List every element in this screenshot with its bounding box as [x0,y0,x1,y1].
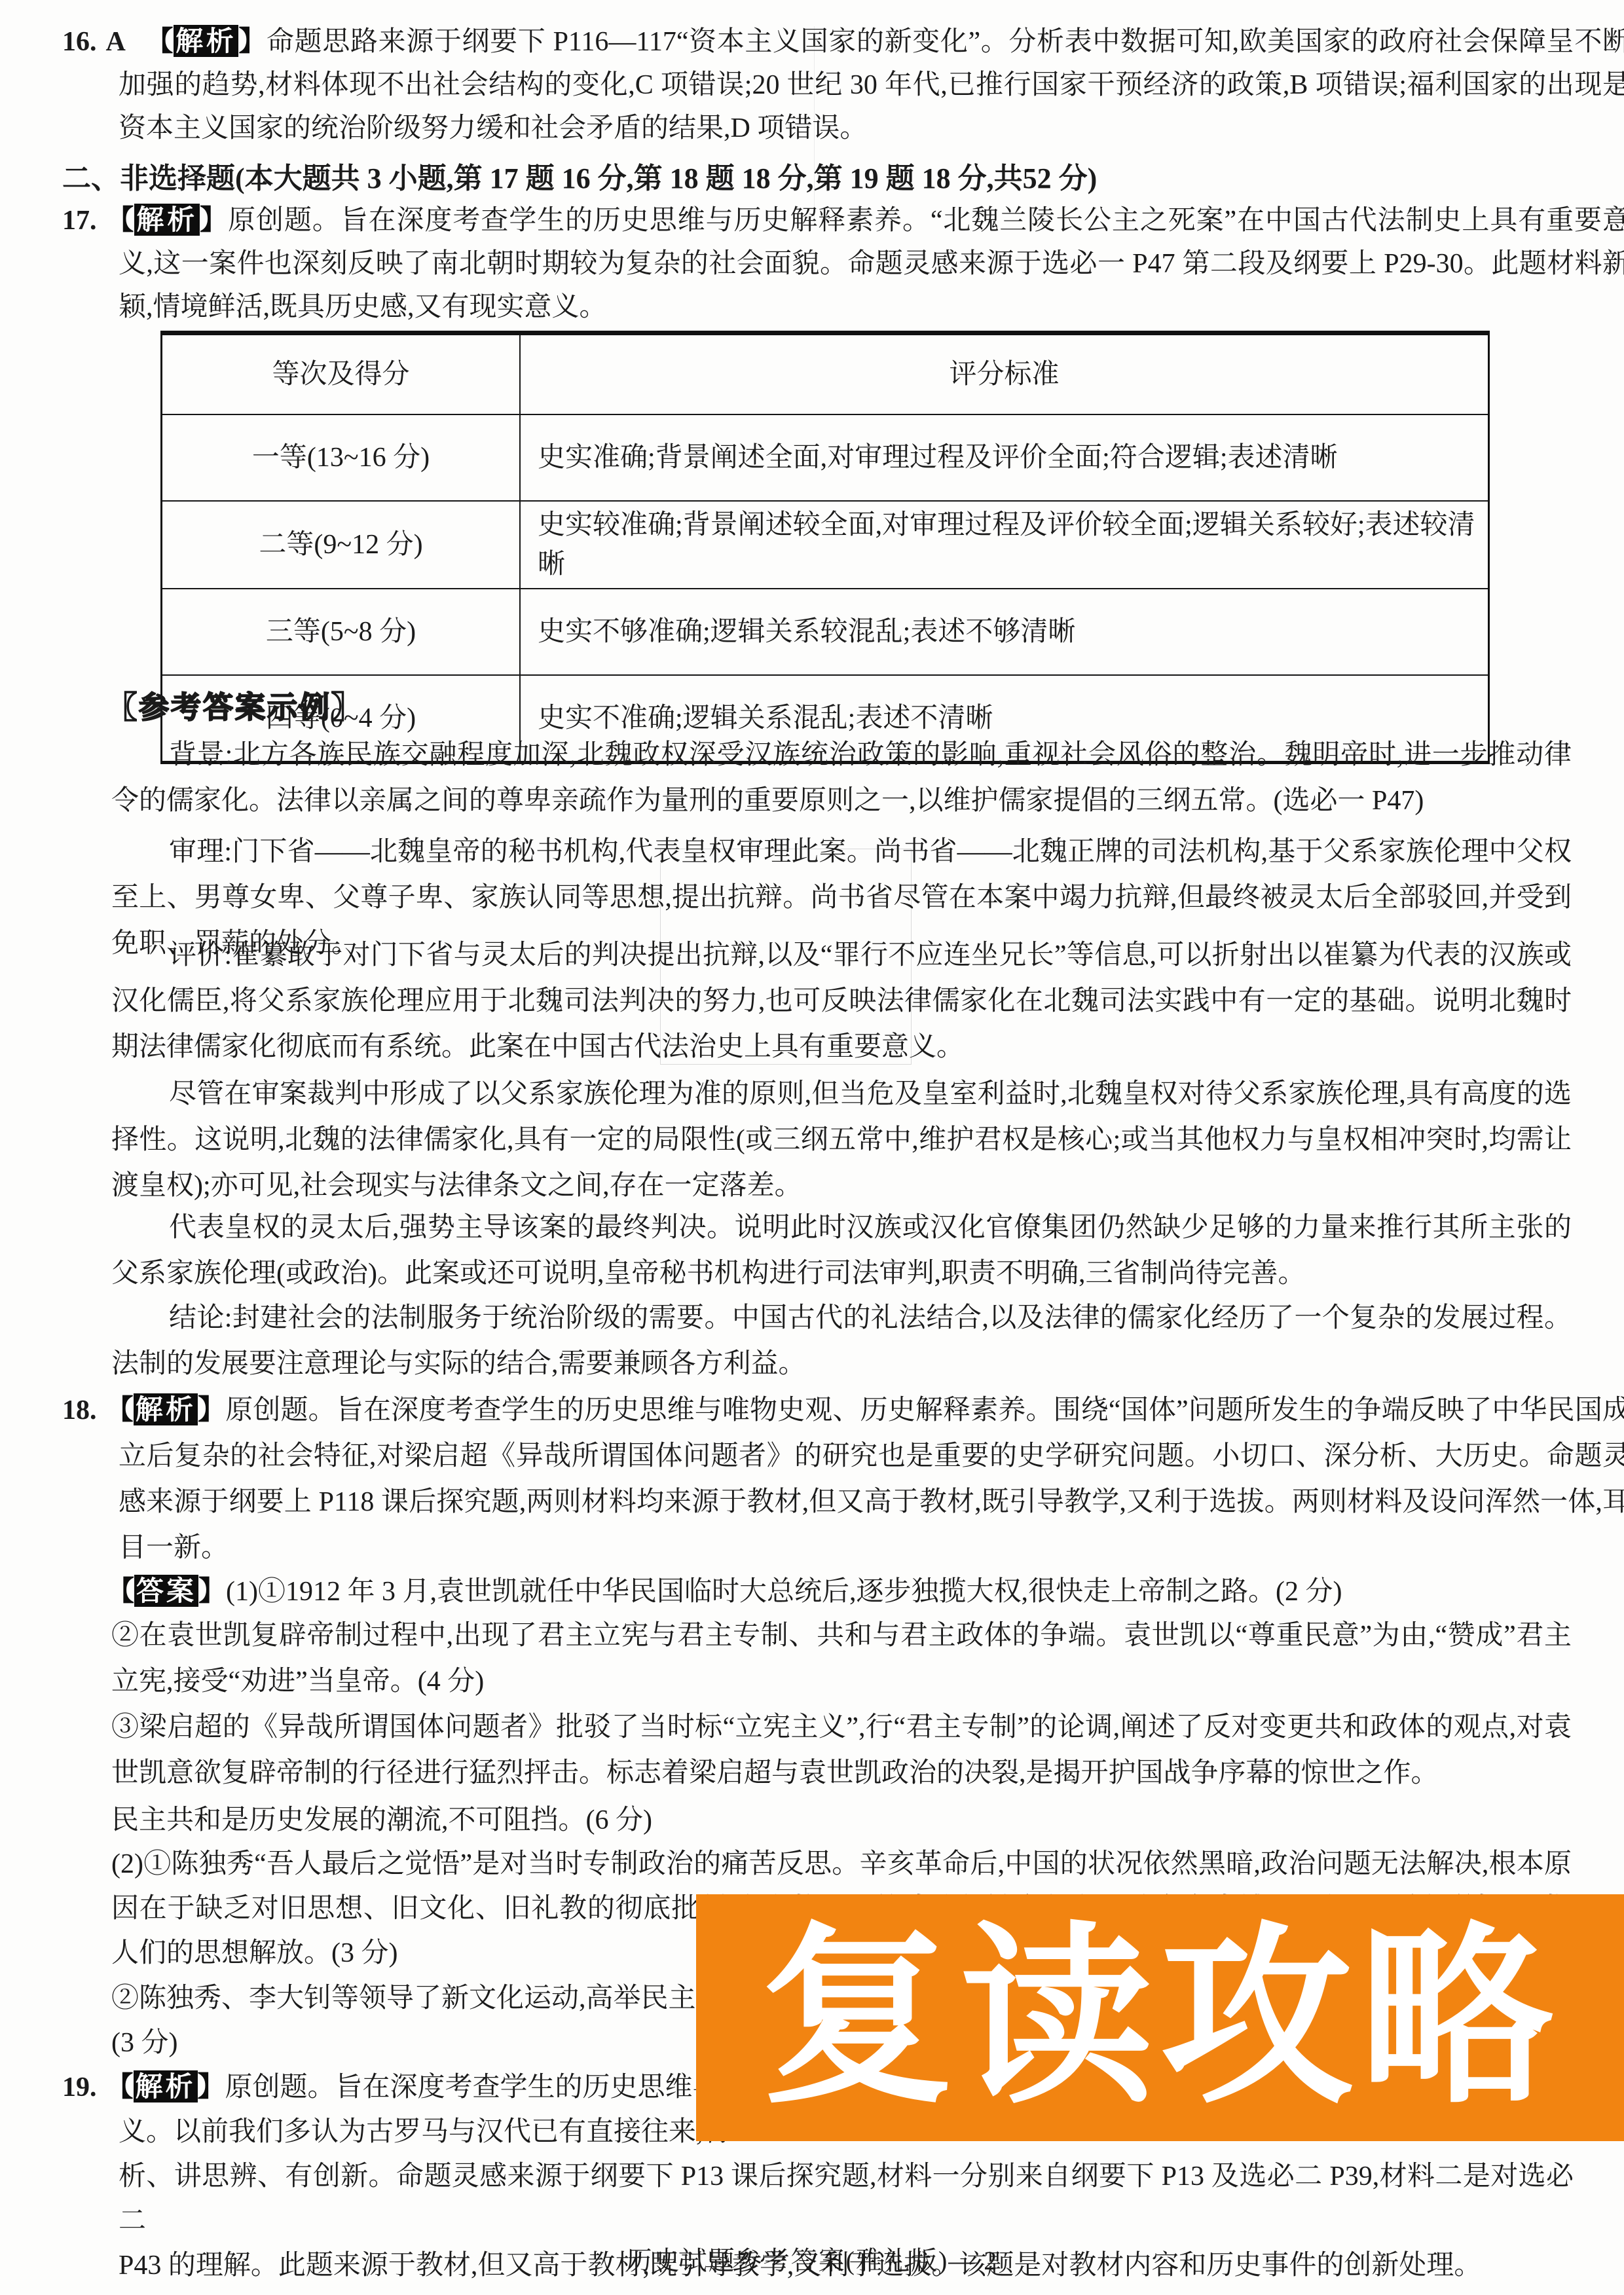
analysis-tag-bracket: 【 [106,1395,134,1425]
paragraph-text: 代表皇权的灵太后,强势主导该案的最终判决。说明此时汉族或汉化官僚集团仍然缺少足够… [111,1205,1572,1296]
item-18-answer-1: 【答案】(1)①1912 年 3 月,袁世凯就任中华民国临时大总统后,逐步独揽大… [107,1568,1572,1615]
paragraph-text: 背景:北方各族民族交融程度加深,北魏政权深受汉族统治政策的影响,重视社会风俗的整… [111,732,1572,824]
item-19-line-1-text: 原创题。旨在深度考查学生的历史思维与史 [225,2072,748,2102]
analysis-tag-bracket: 】 [200,206,228,236]
item-17-analysis: 17.【解析】原创题。旨在深度考查学生的历史思维与历史解释素养。“北魏兰陵长公主… [62,198,1624,329]
analysis-tag-bracket: 】 [198,2072,225,2102]
item-18-number: 18. [62,1395,97,1425]
section-2-meta: (本大题共 3 小题,第 17 题 16 分,第 18 题 18 分,第 19 … [235,162,1097,194]
answer-1-text: (1)①1912 年 3 月,袁世凯就任中华民国临时大总统后,逐步独揽大权,很快… [226,1577,1342,1607]
item-16-number: 16. [62,27,97,57]
criteria-cell: 史实不够准确;逻辑关系较混乱;表述不够清晰 [520,589,1489,675]
section-2-title: 二、非选择题 [62,162,235,194]
item-16-text: 命题思路来源于纲要下 P116—117“资本主义国家的新变化”。分析表中数据可知… [119,27,1624,143]
analysis-tag: 解析 [174,25,238,57]
answer-tag-bracket: 【 [107,1577,134,1607]
item-16: 16.A【解析】命题思路来源于纲要下 P116—117“资本主义国家的新变化”。… [62,20,1624,150]
item-18-analysis-text: 原创题。旨在深度考查学生的历史思维与唯物史观、历史解释素养。围绕“国体”问题所发… [119,1395,1624,1563]
paragraph-text: ③梁启超的《异哉所谓国体问题者》批驳了当时标“立宪主义”,行“君主专制”的论调,… [111,1704,1572,1796]
paragraph-text: ②在袁世凯复辟帝制过程中,出现了君主立宪与君主专制、共和与君主政体的争端。袁世凯… [111,1613,1572,1704]
table-row: 二等(9~12 分) 史实较准确;背景阐述较全面,对审理过程及评价较全面;逻辑关… [162,501,1489,589]
analysis-tag-bracket: 【 [145,27,174,57]
analysis-tag-bracket: 】 [238,27,267,57]
table-header-row: 等次及得分 评分标准 [162,333,1489,415]
table-header-criteria: 评分标准 [520,333,1489,415]
criteria-cell: 史实准确;背景阐述全面,对审理过程及评价全面;符合逻辑;表述清晰 [520,414,1489,501]
grade-cell: 一等(13~16 分) [162,414,521,501]
analysis-tag: 解析 [134,204,200,236]
answer-tag-bracket: 】 [198,1577,226,1607]
page-footer: 历史试题参考答案(雅礼版)— 2 [0,2239,1624,2283]
item-18-answer-3: ③梁启超的《异哉所谓国体问题者》批驳了当时标“立宪主义”,行“君主专制”的论调,… [111,1704,1572,1796]
analysis-tag-bracket: 【 [106,206,135,236]
item-18-answer-4: 民主共和是历史发展的潮流,不可阻挡。(6 分) [111,1797,1572,1843]
paragraph-text: 尽管在审案裁判中形成了以父系家族伦理为准的原则,但当危及皇室利益时,北魏皇权对待… [111,1071,1572,1209]
paragraph-text: 【答案】(1)①1912 年 3 月,袁世凯就任中华民国临时大总统后,逐步独揽大… [107,1568,1572,1615]
analysis-tag-bracket: 【 [106,2072,134,2102]
grade-cell: 二等(9~12 分) [162,501,521,589]
answer-paragraph-limitation: 尽管在审案裁判中形成了以父系家族伦理为准的原则,但当危及皇室利益时,北魏皇权对待… [111,1071,1572,1209]
item-19-line-3: 析、讲思辨、有创新。命题灵感来源于纲要下 P13 课后探究题,材料一分别来自纲要… [62,2154,1574,2243]
item-19-number: 19. [62,2072,97,2102]
item-17-number: 17. [62,206,97,236]
analysis-tag: 解析 [134,2070,198,2102]
answer-paragraph-evaluation: 评价:崔纂敢于对门下省与灵太后的判决提出抗辩,以及“罪行不应连坐兄长”等信息,可… [111,932,1572,1070]
paragraph-text: 评价:崔纂敢于对门下省与灵太后的判决提出抗辩,以及“罪行不应连坐兄长”等信息,可… [111,932,1572,1070]
answer-tag: 答案 [134,1575,198,1607]
answer-paragraph-empress: 代表皇权的灵太后,强势主导该案的最终判决。说明此时汉族或汉化官僚集团仍然缺少足够… [111,1205,1572,1296]
analysis-tag: 解析 [134,1393,198,1425]
sample-answer-heading: 【参考答案示例】 [107,686,1618,731]
promo-banner: 复读攻略 [696,1894,1624,2141]
section-2-header: 二、非选择题(本大题共 3 小题,第 17 题 16 分,第 18 题 18 分… [62,157,1574,200]
table-row: 一等(13~16 分) 史实准确;背景阐述全面,对审理过程及评价全面;符合逻辑;… [162,414,1489,501]
grade-cell: 三等(5~8 分) [162,589,521,675]
item-16-answer-choice: A [106,27,126,57]
table-header-grade: 等次及得分 [162,333,521,415]
item-18-answer-2: ②在袁世凯复辟帝制过程中,出现了君主立宪与君主专制、共和与君主政体的争端。袁世凯… [111,1613,1572,1704]
answer-key-page: 16.A【解析】命题思路来源于纲要下 P116—117“资本主义国家的新变化”。… [0,0,1624,2295]
answer-paragraph-conclusion: 结论:封建社会的法制服务于统治阶级的需要。中国古代的礼法结合,以及法律的儒家化经… [111,1295,1572,1387]
item-18-analysis: 18.【解析】原创题。旨在深度考查学生的历史思维与唯物史观、历史解释素养。围绕“… [62,1387,1624,1571]
answer-paragraph-background: 背景:北方各族民族交融程度加深,北魏政权深受汉族统治政策的影响,重视社会风俗的整… [111,732,1572,824]
promo-banner-text: 复读攻略 [761,1921,1560,2114]
analysis-tag-bracket: 】 [198,1395,225,1425]
table-row: 三等(5~8 分) 史实不够准确;逻辑关系较混乱;表述不够清晰 [162,589,1489,675]
sample-answer-title: 【参考答案示例】 [107,691,363,724]
criteria-cell: 史实较准确;背景阐述较全面,对审理过程及评价较全面;逻辑关系较好;表述较清晰 [520,501,1489,589]
paragraph-text: 民主共和是历史发展的潮流,不可阻挡。(6 分) [111,1797,1572,1843]
paragraph-text: 结论:封建社会的法制服务于统治阶级的需要。中国古代的礼法结合,以及法律的儒家化经… [111,1295,1572,1387]
item-17-analysis-text: 原创题。旨在深度考查学生的历史思维与历史解释素养。“北魏兰陵长公主之死案”在中国… [119,206,1624,322]
